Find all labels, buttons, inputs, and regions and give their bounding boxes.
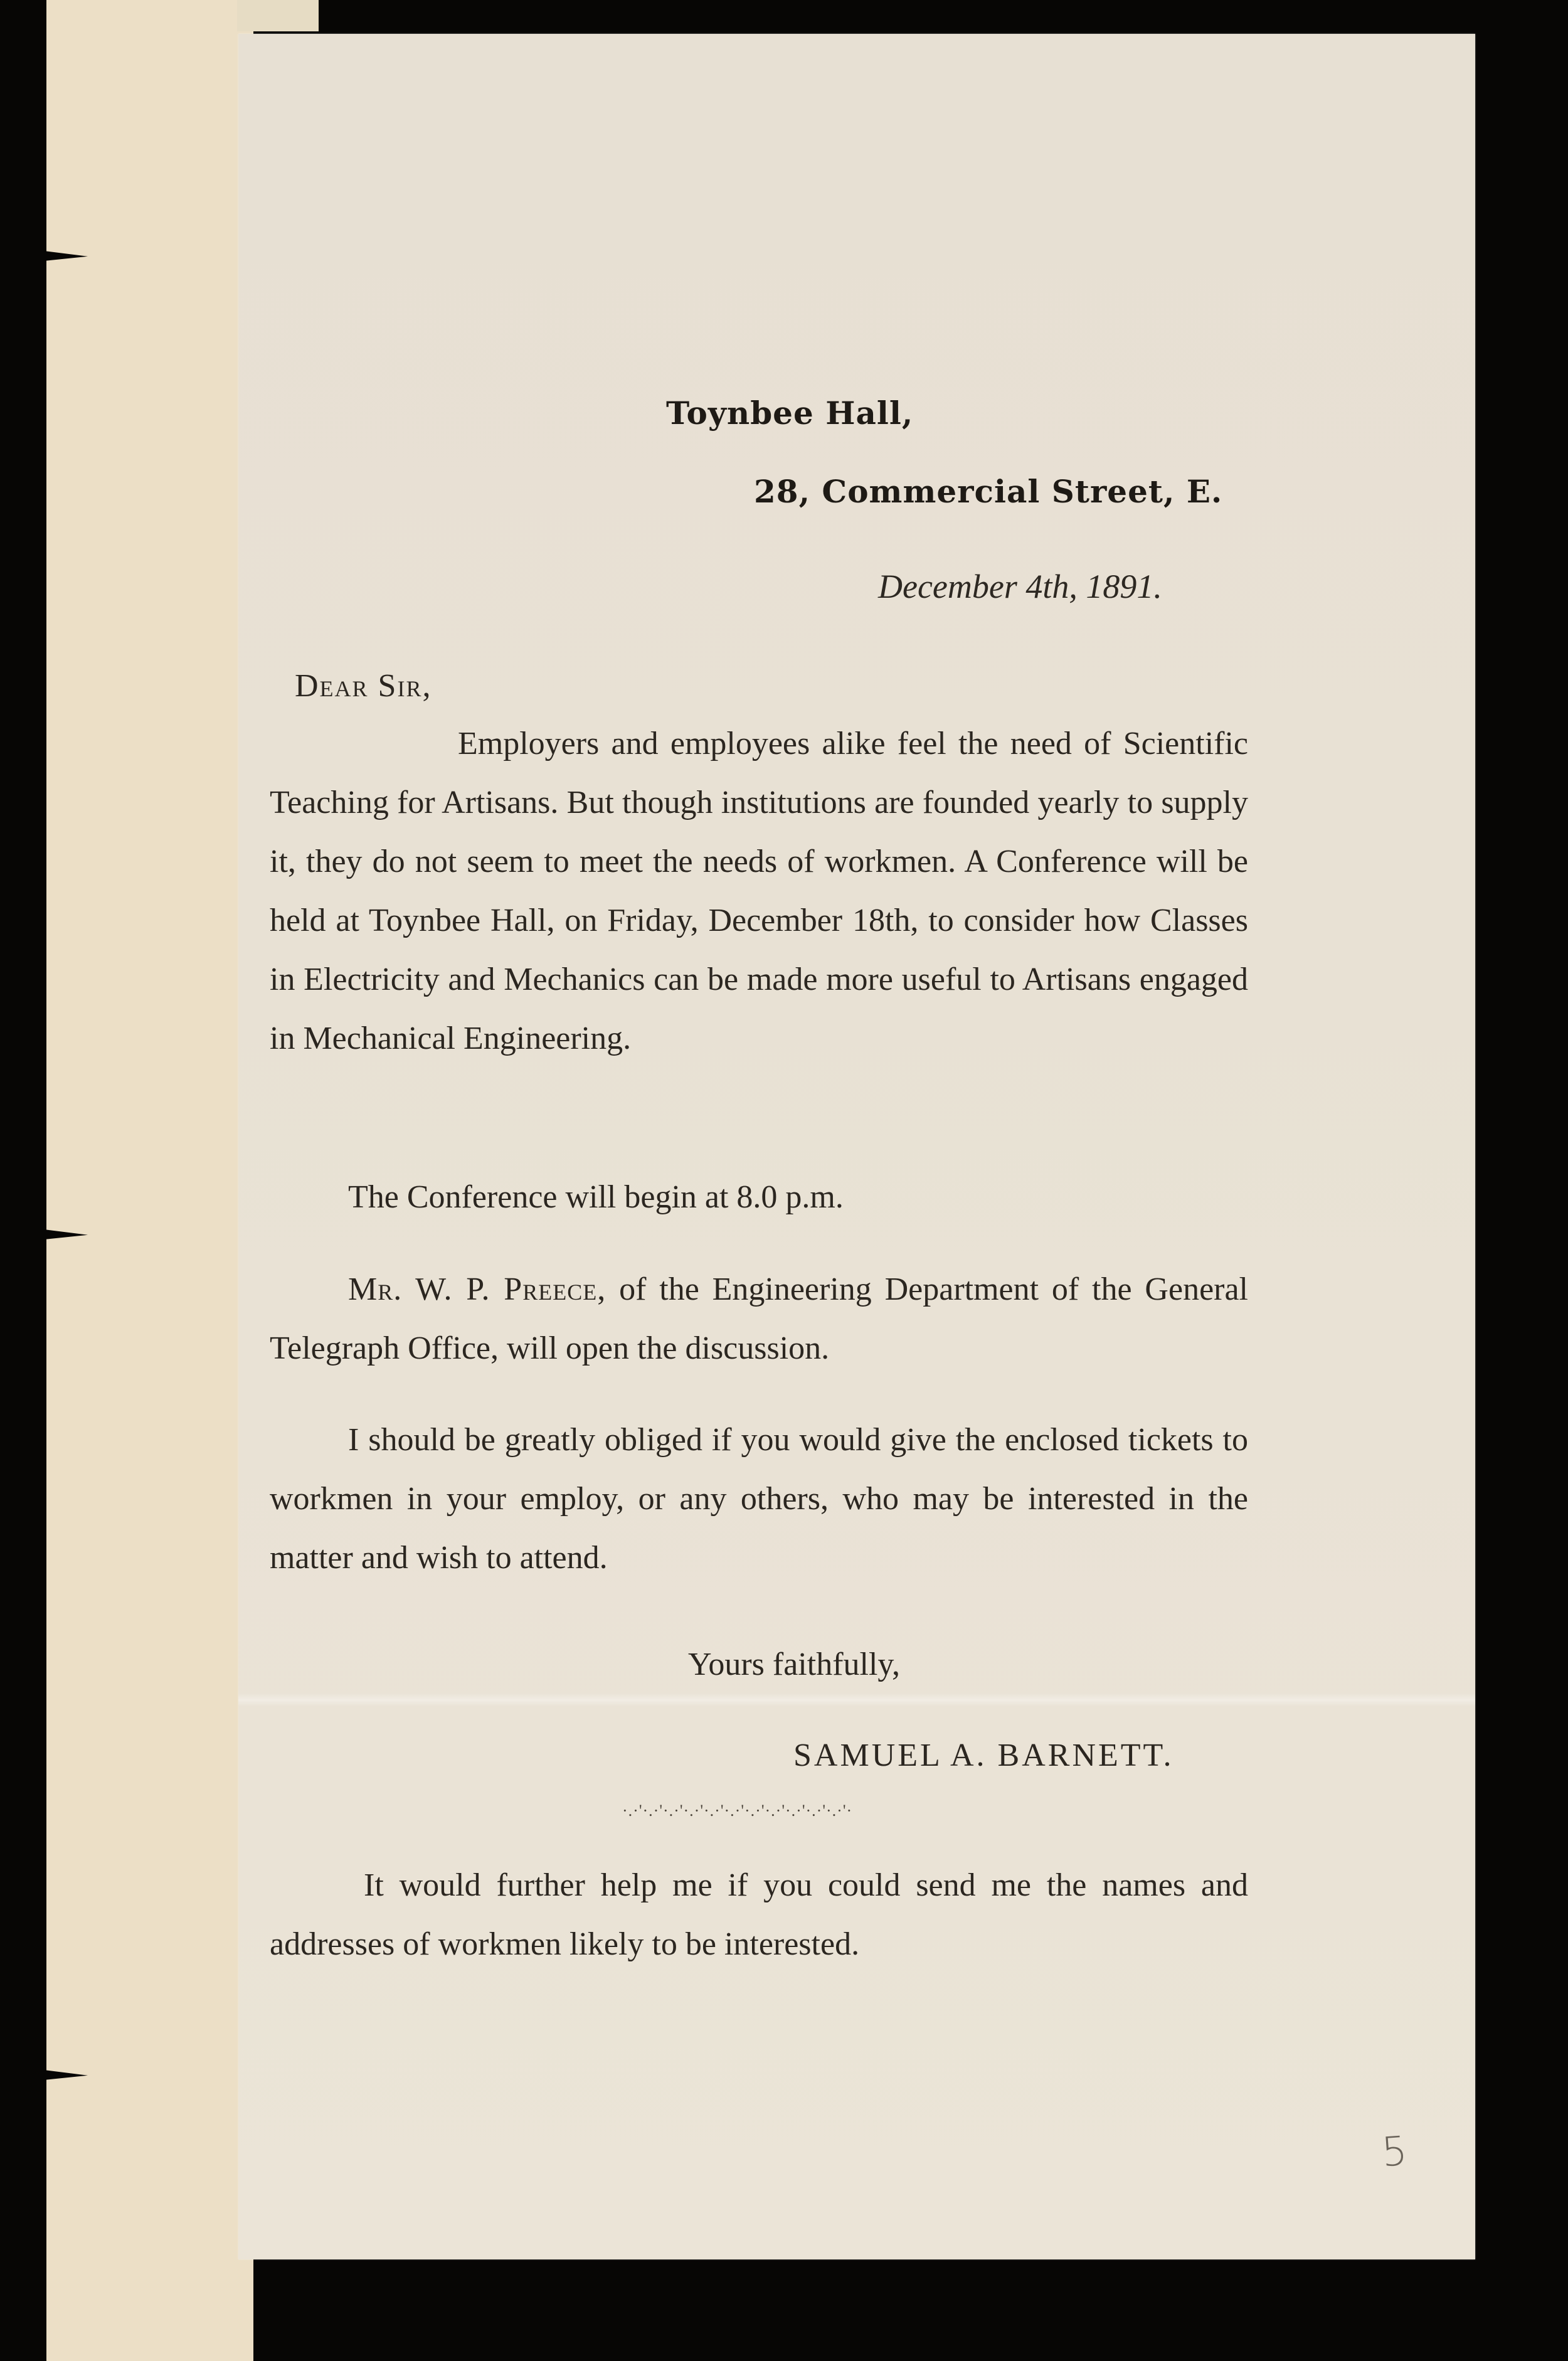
paper-tear xyxy=(44,2070,88,2080)
body-paragraph-4: I should be greatly obliged if you would… xyxy=(270,1411,1248,1588)
speaker-name: Mr. W. P. Preece, xyxy=(348,1271,606,1307)
body-paragraph-1-text: Employers and employees alike feel the n… xyxy=(270,726,1248,1056)
paper-tear xyxy=(44,251,88,261)
body-paragraph-3: Mr. W. P. Preece, of the Engineering Dep… xyxy=(270,1260,1248,1378)
signature: SAMUEL A. BARNETT. xyxy=(793,1737,1173,1774)
body-paragraph-1: Employers and employees alike feel the n… xyxy=(270,714,1248,1068)
handwritten-page-number: 5 xyxy=(1380,2128,1409,2177)
paper-fold-crease xyxy=(238,1693,1475,1707)
letterhead-name: Toynbee Hall, xyxy=(666,395,913,432)
paper-tear xyxy=(44,1229,88,1239)
salutation: Dear Sir, xyxy=(295,667,432,704)
letterhead-address: 28, Commercial Street, E. xyxy=(754,473,1222,510)
postscript: It would further help me if you could se… xyxy=(270,1856,1248,1974)
closing: Yours faithfully, xyxy=(688,1646,900,1683)
body-paragraph-4-text: I should be greatly obliged if you would… xyxy=(270,1422,1248,1576)
ornamental-divider: ·.·'·.·'·.·'·.·'·.·'·.·'·.·'·.·'·.·'·.·'… xyxy=(622,1801,852,1820)
backing-paper-strip xyxy=(46,0,253,2361)
body-paragraph-2: The Conference will begin at 8.0 p.m. xyxy=(348,1168,1248,1227)
letter-date: December 4th, 1891. xyxy=(878,567,1162,606)
postscript-text: It would further help me if you could se… xyxy=(270,1867,1248,1962)
backing-paper-top-edge xyxy=(237,0,319,31)
letter-sheet: Toynbee Hall, 28, Commercial Street, E. … xyxy=(238,34,1475,2259)
